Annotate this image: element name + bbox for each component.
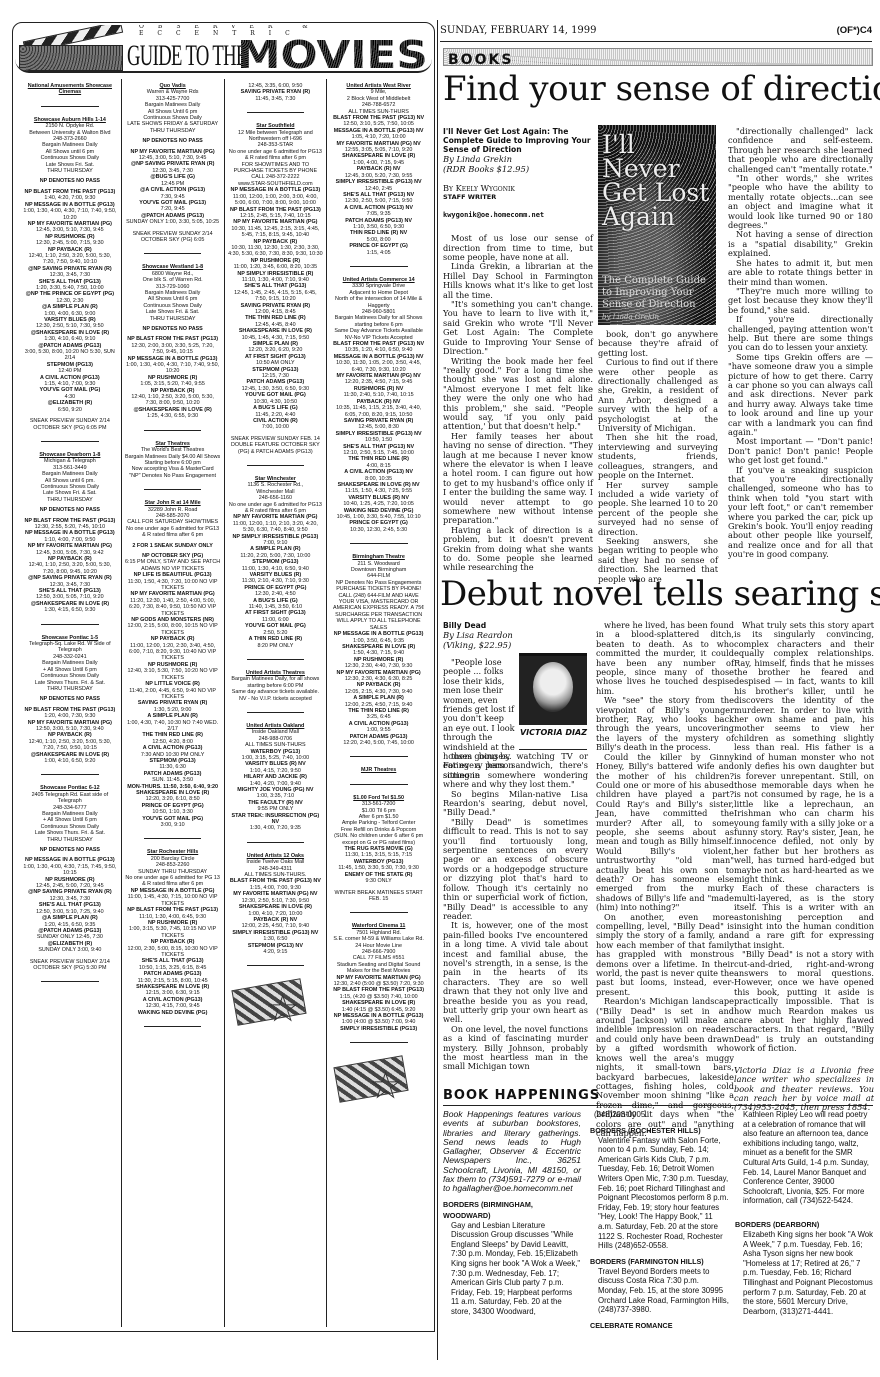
theater-listing: Star Southfield12 Mile between Telegraph… <box>228 123 324 466</box>
article1-body-1: Most of us lose our sense of direction f… <box>443 234 593 573</box>
article2-body-2: where he lived, has been found in a bloo… <box>596 621 734 1138</box>
showtimes: 12:40, 3:10, 5:30, 7:50, 10:20 NO VIP TI… <box>125 668 221 681</box>
article1-headline: Find your sense of direction <box>443 69 880 109</box>
film-title: STAR TREK: INSURRECTION (PG) NV <box>228 813 324 826</box>
book-happenings-heading: BOOK HAPPENINGS <box>443 1088 873 1106</box>
showtimes: 11:30, 2:10, 4:30, 7:10, 9:30 <box>228 578 324 584</box>
celebrate-romance-text: Kathleen Ripley Leo will read poetry at … <box>735 1110 875 1206</box>
listing-divider <box>247 965 304 966</box>
showtimes: 10:40, 1:25, 4:25, 7:20, 10:05 <box>330 501 427 507</box>
page-divider <box>437 20 438 1360</box>
showtimes: 12:00, 2:30, 5:00, 8:15, 10:30 NO VIP TI… <box>125 946 221 959</box>
listing-divider <box>350 266 408 267</box>
showtimes: 12:20, 2:40, 5:00, 7:45, 10:00 <box>330 740 427 746</box>
showtimes: 1:00, 4:30, 7:40, 10:30 NO 7:40 WED. 2/1… <box>125 720 221 733</box>
film-title: MY FAVORITE MARTIAN (PG) NV <box>228 891 324 897</box>
star-icon: ★ <box>268 1006 298 1012</box>
showtimes: 1:15, 4:05 <box>330 250 427 256</box>
paragraph: "Billy Dead" is sometimes difficult to r… <box>443 818 588 921</box>
guide-banner: OBSERVER & ECCENTRIC GUIDE TO THE MOVIES <box>15 25 432 73</box>
guide-column-4: United Artists West River9 Mile,2 Block … <box>327 79 430 1327</box>
showtimes: 11:00, 12:00, 1:00, 2:00, 3:00, 4:00, 5:… <box>228 194 324 207</box>
theater-info: CALL FOR SATURDAY SHOWTIMES <box>125 519 221 525</box>
theater-note: NP DENOTES NO PASS <box>22 178 118 184</box>
paragraph: Linda Grekin, a librarian at the Hillel … <box>443 262 593 300</box>
film-title: NP MY FAVORITE MARTIAN (PG) <box>22 543 118 549</box>
showtimes: 1:00 (4:00 @ $3.50) 7:00, 9:40 <box>330 1019 427 1025</box>
theater-info: No one under age 6 admitted for PG 13 & … <box>125 875 221 888</box>
guide-column-2: Quo VadisWarren & Wayne Rds313-425-7700B… <box>122 79 225 1327</box>
paragraph: "In other words," she writes "people who… <box>728 174 873 230</box>
article2-body-1b: them houses, watching TV or eating a ham… <box>443 752 588 1072</box>
showtimes: 1:00, 1:30, 4:00, 4:30, 7:10, 7:40, 9:50… <box>125 362 221 375</box>
showtimes: 6:50, 9:20 <box>22 407 118 413</box>
theater-listing: Star John R at 14 Mile32289 John R. Road… <box>125 500 221 839</box>
showtimes: 11:00, 12:00, 1:10, 2:10, 3:20, 4:20, 5:… <box>228 521 324 534</box>
caption-rule <box>519 749 587 750</box>
film-title: @NP SAVING PRIVATE RYAN (R) <box>125 161 221 167</box>
listing-divider <box>41 441 98 442</box>
theater-listing: United Artists 12 OaksInside Twelve Oaks… <box>228 853 324 967</box>
showtimes: 10:30, 12:30, 2:45, 5:30 <box>330 527 427 533</box>
showtimes: 10:30, 11:30, 1:05, 2:00, 3:50, 4:45, 6:… <box>330 360 427 373</box>
happenings-phone: (248)203-0005. <box>590 1110 730 1120</box>
page-date: SUNDAY, FEBRUARY 14, 1999 <box>440 25 597 36</box>
theater-listing: Quo VadisWarren & Wayne Rds313-425-7700B… <box>125 83 221 254</box>
event-details: Elizabeth King signs her book "A Wok A W… <box>735 1230 875 1316</box>
theater-info: No one under age 6 admitted for PG13 & R… <box>228 149 324 162</box>
event-details: Gay and Lesbian Literature Discussion Gr… <box>443 1221 581 1317</box>
showtimes: 10:30, 11:45, 12:45, 2:15, 3:15, 4:45, 5… <box>228 226 324 239</box>
listing-divider <box>350 543 408 544</box>
paragraph: Some tips Grekin offers are — "have some… <box>728 353 873 438</box>
page-header: SUNDAY, FEBRUARY 14, 1999 (OF*)C4 <box>440 20 872 42</box>
showtimes: 11:00, 1:20, 3:45, 6:00, 8:20, 10:35 <box>228 264 324 270</box>
theater-info: Late Shows Thurs. Fri. & Sat. <box>22 830 118 836</box>
listing-divider <box>144 253 201 254</box>
theater-info: North of the intersection of 14 Mile & H… <box>330 296 427 309</box>
paragraph: Her survey sample included a wide variet… <box>598 481 718 537</box>
theater-info: THRU THURSDAY <box>22 497 118 503</box>
paragraph: Having a lack of direction is a problem,… <box>443 526 593 573</box>
theater-listing: United Artists West River9 Mile,2 Block … <box>330 83 427 267</box>
film-title: SAVING PRIVATE RYAN (R) <box>125 700 221 706</box>
listing-divider <box>247 112 304 113</box>
theater-listing: United Artists OaklandInside Oakland Mal… <box>228 723 324 843</box>
theater-note: NP DENOTES NO PASS <box>22 507 118 513</box>
clapperboard-icon <box>19 27 127 71</box>
showtimes: 12:40, 1:10, 2:50, 3:20, 5:00, 5:30, 7:2… <box>22 562 118 575</box>
showtimes: 12:00, 2:25, 4:50, 7:10, 9:40 <box>228 923 324 929</box>
film-reel-star-illustration: ★ <box>330 1053 427 1143</box>
showtimes: 12:45, 3:00, 5:10, 7:30, 9:45 <box>22 227 118 233</box>
theater-listing: Star Rochester Hills200 Barclay Circle24… <box>125 849 221 1027</box>
sneak-preview: SNEAK PREVIEW SUNDAY 2/14 OCTOBER SKY (P… <box>22 418 118 431</box>
theater-info: THRU THURSDAY <box>22 168 118 174</box>
article1-body-2: book, don't go anywhere because they're … <box>598 330 718 584</box>
theater-info: Now accepting Visa & MasterCard <box>125 466 221 472</box>
listing-divider <box>247 659 304 660</box>
happenings-column-1: Book Happenings features various events … <box>443 1110 581 1317</box>
film-reel-star-illustration: ★ <box>228 976 324 1066</box>
showtimes: 12:40, 1:10, 2:50, 3:20, 5:00, 5:30, 7:2… <box>22 739 118 752</box>
showtimes: 11:45, 1:50, 3:30, 5:30, 7:30, 9:30 <box>330 865 427 871</box>
paragraph: On one level, the novel functions as a k… <box>443 1025 588 1072</box>
theater-note: NP DENOTES NO PASS <box>125 326 221 332</box>
page-folio: (OF*)C4 <box>837 25 872 36</box>
theater-note: 2 FOR 1 SNEAK SUNDAY ONLY <box>125 543 221 549</box>
byline: By Keely Wygonik <box>443 184 593 193</box>
showtimes: SUNDAY ONLY 3:00, 9:40 <box>22 947 118 953</box>
theater-listing: Showcase Dearborn 1-8Michigan & Telegrap… <box>22 452 118 625</box>
theater-info: Same Day Advance Tickets Available <box>330 328 427 334</box>
theater-info: (SUN. No children under 6 after 6 pm exc… <box>330 833 427 846</box>
event-venue: BORDERS (DEARBORN) <box>735 1219 875 1230</box>
sneak-preview: SNEAK PREVIEW SUNDAY 2/14 OCTOBER SKY (P… <box>125 231 221 244</box>
theater-note: NP DENOTES NO PASS <box>22 847 118 853</box>
film-title: SHE'S ALL THAT (PG13) NV <box>330 444 427 450</box>
showtimes: 10:35, 11:45, 1:15, 2:15, 3:40, 4:40, 6:… <box>330 405 427 418</box>
showtimes: 8:20 PM ONLY <box>228 643 324 649</box>
article1-column-2: book, don't go anywhere because they're … <box>598 330 718 584</box>
paragraph: "They're much more willing to get lost b… <box>728 287 873 315</box>
showtimes: 1:00, 3:15, 5:30, 7:45, 10:15 NO VIP TIC… <box>125 926 221 939</box>
film-title: @NP THE PRINCE OF EGYPT (PG) <box>22 291 118 297</box>
book-title: I'll Never Get Lost Again: The Complete … <box>443 127 593 154</box>
theater-listing: Showcase Auburn Hills 1-142150 N. Opdyke… <box>22 117 118 442</box>
event-venue: CELEBRATE ROMANCE <box>590 1320 730 1331</box>
paragraph: Could the killer by Ginny Honey, Billy's… <box>596 753 734 913</box>
showtimes: 12:30, 2:00, 3:00, 3:30, 5:25, 7:20, 7:5… <box>125 343 221 356</box>
paragraph: book, don't go anywhere because they're … <box>598 330 718 358</box>
film-title: NP LIFE IS BEAUTIFUL (PG13) <box>125 572 221 578</box>
article1-body-3: "directionally challenged" lack confiden… <box>728 127 873 560</box>
paragraph: On another, even more compelling, level,… <box>596 913 734 998</box>
event-list-3: BORDERS (DEARBORN)Elizabeth King signs h… <box>735 1219 875 1316</box>
theater-note: NP DENOTES NO PASS <box>22 696 118 702</box>
listing-divider <box>350 1042 408 1043</box>
sneak-preview: SNEAK PREVIEW SUNDAY 2/14 OCTOBER SKY (P… <box>22 959 118 972</box>
showtimes: 11:00, 12:00, 1:20, 2:30, 3:40, 4:50, 6:… <box>125 643 221 662</box>
theater-info: 2405 Telegraph Rd. East side of Telegrap… <box>22 792 118 805</box>
event-venue: BORDERS (ROCHESTER HILLS) <box>590 1125 730 1136</box>
film-title: NP MY FAVORITE MARTIAN (PG) <box>330 670 427 676</box>
theater-listing: National Amusements Showcase Cinemas <box>22 83 118 107</box>
theater-info: LATE SHOWS FRIDAY & SATURDAY <box>125 121 221 127</box>
happenings-intro: Book Happenings features various events … <box>443 1110 581 1194</box>
listing-divider <box>144 430 201 431</box>
article2-headline: Debut novel tells searing story <box>440 574 880 614</box>
showtimes: 12:30, 2:45, 5:00, 7:15, 9:30 <box>22 240 118 246</box>
film-title: NP MESSAGE IN A BOTTLE (PG13) <box>22 857 118 863</box>
theater-info: Bargain Matinees Daily for all Shows sta… <box>330 315 427 328</box>
film-title: NP MY FAVORITE MARTIAN (PG) <box>228 219 324 225</box>
showtimes: 1:00, 1:30, 4:00, 4:30, 7:15, 7:45, 9:50… <box>22 864 118 877</box>
showtimes: 12:40, 1:10, 2:50, 3:20, 5:00, 5:30, 7:2… <box>22 253 118 266</box>
showtimes: 11:20, 12:30, 1:40, 2:50, 4:00, 5:00, 6:… <box>125 598 221 617</box>
theater-info: NV - No V.I.P. tickets accepted <box>228 696 324 702</box>
theater-listing: $1.00 Ford Tel $1.50313-561-7200$1.00 Ti… <box>330 795 427 914</box>
listing-divider <box>350 756 408 757</box>
showtimes: 12:00, 2:15, 5:00, 8:00, 10:15 NO VIP TI… <box>125 623 221 636</box>
byline-role: Staff Writer <box>443 193 593 202</box>
photo-caption: VICTORIA DIAZ <box>519 728 587 737</box>
listing-divider <box>41 774 98 775</box>
event-details: Travel Beyond Borders meets to discuss C… <box>590 1267 730 1315</box>
showtimes: 11:10, 1:30, 4:00, 6:45, 9:30 <box>125 914 221 920</box>
paragraph: So begins Milan-native Lisa Reardon's se… <box>443 790 588 818</box>
paragraph: Most important — "Don't panic! Don't pan… <box>728 437 873 465</box>
sneak-preview: WINTER BREAK MATINEES START FEB. 15 <box>330 890 427 903</box>
article2-column-2: where he lived, has been found in a bloo… <box>596 621 734 1138</box>
listing-divider <box>41 981 98 982</box>
theater-listing: Star Winchester1136 S. Rochester Rd.,Win… <box>228 476 324 660</box>
film-title: NP MY FAVORITE MARTIAN (PG) <box>22 720 118 726</box>
paragraph: "Billy Dead" is not a story with cut-and… <box>734 950 874 1053</box>
listing-divider <box>350 912 408 913</box>
book-author: By Linda Grekin <box>443 154 593 164</box>
film-title: NP BLAST FROM THE PAST (PG13) <box>125 907 221 913</box>
film-title: NP MESSAGE IN A BOTTLE (PG13) <box>228 187 324 193</box>
showtimes: 11:30, 2:40, 5:10, 7:40, 10:15 <box>330 392 427 398</box>
paragraph: She hates to admit it, but men are able … <box>728 259 873 287</box>
film-title: NP MY FAVORITE MARTIAN (PG) <box>228 514 324 520</box>
paragraph: We "see" the story from the viewpoint of… <box>596 696 734 752</box>
theater-info: S.E. corner M-59 & Williams Lake Rd. <box>330 936 427 942</box>
theater-listing: Showcase Pontiac 1-5Telegraph-Sq. Lake R… <box>22 635 118 776</box>
theater-info: PURCHASE TICKETS BY PHONE! CALL (248) 64… <box>330 586 427 631</box>
listing-divider <box>144 838 201 839</box>
film-title: SHAKESPEARE IN LOVE (R) <box>330 153 427 159</box>
author-photo <box>519 653 587 725</box>
listing-divider <box>247 842 304 843</box>
film-title: NP MESSAGE IN A BOTTLE (PG13) <box>22 530 118 536</box>
theater-name: National Amusements Showcase Cinemas <box>22 83 118 96</box>
theater-listing: United Artists TheatresBargain Matinees … <box>228 670 324 713</box>
showtimes: 1:00, 4:10, 6:50, 9:20 <box>22 758 118 764</box>
showtimes: 3:00, 9:10 <box>125 822 221 828</box>
paragraph: Writing the book made her feel "really g… <box>443 357 593 432</box>
section-flag: BOOKS <box>443 48 873 66</box>
paragraph: If you've a sneaking suspicion that you'… <box>728 466 873 560</box>
showtimes: 1:25, 4:30, 6:55, 9:30 <box>125 413 221 419</box>
article2-column-3: What truly sets this story apart is its … <box>734 621 874 1113</box>
guide-column-3: 12:45, 3:35, 6:00, 9:50SAVING PRIVATE RY… <box>225 79 328 1327</box>
film-title: SAVING PRIVATE RYAN (R) <box>228 89 324 95</box>
cover-title: I'll Never Get Lost Again <box>602 133 716 229</box>
paragraph: them houses, watching TV or eating a ham… <box>443 752 588 790</box>
showtimes: 11:40, 2:00, 4:45, 6:50, 9:40 NO VIP TIC… <box>125 688 221 701</box>
film-title: NP BLAST FROM THE PAST (PG13) <box>330 987 427 993</box>
film-title: BLAST FROM THE PAST (PG13) NV <box>228 878 324 884</box>
event-details: Valentine Fantasy with Salon Forte, noon… <box>590 1136 730 1251</box>
theater-info: THRU THURSDAY <box>125 128 221 134</box>
book-publisher: (RDR Books $12.95) <box>443 164 593 174</box>
movie-guide: OBSERVER & ECCENTRIC GUIDE TO THE MOVIES… <box>12 22 435 1332</box>
book-cover-image: I'll Never Get Lost Again The Complete G… <box>598 125 716 325</box>
article1-column-1: I'll Never Get Lost Again: The Complete … <box>443 127 593 573</box>
article2-column-1b: them houses, watching TV or eating a ham… <box>443 752 588 1072</box>
book-title: Billy Dead <box>443 621 588 630</box>
showtimes: 10:30, 11:30, 12:30, 1:30, 2:30, 3:30, 4… <box>228 245 324 258</box>
theater-name: MJR Theatres <box>330 767 427 773</box>
guide-column-1: National Amusements Showcase CinemasShow… <box>19 79 122 1327</box>
event-list-2: BORDERS (ROCHESTER HILLS)Valentine Fanta… <box>590 1125 730 1331</box>
showtimes: 11:30, 1:50, 4:30, 7:20, 10:00 NO VIP TI… <box>125 579 221 592</box>
showtimes: 11:00, 1:45, 4:30, 7:15, 10:00 NO VIP TI… <box>125 894 221 907</box>
theater-info: 12 Mile between Telegraph and Northweste… <box>228 130 324 143</box>
theater-info: THRU THURSDAY <box>125 316 221 322</box>
film-title: NP BLAST FROM THE PAST (PG13) <box>228 207 324 213</box>
paragraph: "It's something you can't change. You ha… <box>443 300 593 356</box>
paragraph: Most of us lose our sense of direction f… <box>443 234 593 262</box>
showtimes: 11:45, 3:45, 7:30 <box>228 96 324 102</box>
listing-divider <box>144 489 201 490</box>
section-name: BOOKS <box>448 52 513 68</box>
book-author: By Lisa Reardon <box>443 630 588 640</box>
theater-listing: Birmingham Theatre211 S. WoodwardDowntow… <box>330 554 427 757</box>
sneak-preview: SNEAK PREVIEW SUNDAY FEB. 14 DOUBLE FEAT… <box>228 436 324 455</box>
showtimes: 12:40, 1:10, 2:50, 3:20, 5:00, 5:30, 7:3… <box>125 394 221 407</box>
happenings-column-2: (248)203-0005. BORDERS (ROCHESTER HILLS)… <box>590 1110 730 1331</box>
paragraph: Curious to find out if there were other … <box>598 358 718 433</box>
event-list-1: BORDERS (BIRMINGHAM, WOODWARD)Gay and Le… <box>443 1199 581 1317</box>
film-title: SHAKESPEARE IN LOVE (R) <box>228 328 324 334</box>
theater-listing: Showcase Pontiac 6-122405 Telegraph Rd. … <box>22 785 118 982</box>
film-title: NP MY FAVORITE MARTIAN (PG) <box>125 591 221 597</box>
showtimes: 7:00, 10:00 <box>228 424 324 430</box>
paragraph: If you're directionally challenged, payi… <box>728 315 873 353</box>
guide-title-main: MOVIES <box>237 39 428 71</box>
theater-note: NP DENOTES NO PASS <box>125 138 221 144</box>
paragraph: It is, however, one of the most pain-fil… <box>443 921 588 1024</box>
paragraph: Her family teases her about having no se… <box>443 432 593 526</box>
article1-column-3: "directionally challenged" lack confiden… <box>728 127 873 560</box>
theater-info: Late Shows Thurs. Fri. & Sat. <box>22 680 118 686</box>
theater-listing: 12:45, 3:35, 6:00, 9:50SAVING PRIVATE RY… <box>228 83 324 113</box>
paragraph: Each of these characters is multi-layere… <box>734 884 874 950</box>
showtimes: 12:45, 1:45, 2:45, 4:15, 5:15, 6:45, 7:5… <box>228 290 324 303</box>
showtimes: 4:20, 9:15 <box>228 949 324 955</box>
film-title: SIMPLY IRRESISTIBLE (PG13) <box>330 1026 427 1032</box>
guide-columns: National Amusements Showcase CinemasShow… <box>19 79 430 1327</box>
theater-listing: Showcase Westland 1-86800 Wayne Rd.,One … <box>125 264 221 430</box>
film-title: SHAKESPEARE IN LOVE (R) <box>228 904 324 910</box>
cover-author: by Linda Grekin <box>602 313 659 321</box>
cover-subtitle: The Complete Guide to Improving Your Sen… <box>602 275 716 311</box>
theater-listing: MJR Theatres <box>330 767 427 784</box>
theater-listing: Star TheatresThe World's Best TheatresBa… <box>125 441 221 490</box>
paragraph: where he lived, has been found in a bloo… <box>596 621 734 696</box>
listing-divider <box>41 106 98 107</box>
film-title: NP BLAST FROM THE PAST (PG13) <box>125 336 221 342</box>
happenings-column-3: Kathleen Ripley Leo will read poetry at … <box>735 1110 875 1316</box>
paragraph: Then she hit the road, interviewing and … <box>598 433 718 480</box>
theater-listing: United Artists Commerce 143330 Springval… <box>330 277 427 544</box>
film-title: @NP SAVING PRIVATE RYAN (R) <box>22 575 118 581</box>
listing-divider <box>350 784 408 785</box>
film-title: SIMPLY IRRESISTIBLE (PG13) NV <box>330 179 427 185</box>
book-publisher: (Viking, $22.95) <box>443 640 588 650</box>
showtimes: 1:30, 4:00, 7:20, 9:35 <box>228 825 324 831</box>
paragraph: What truly sets this story apart is its … <box>734 621 874 884</box>
event-venue: BORDERS (FARMINGTON HILLS) <box>590 1256 730 1267</box>
theater-info: "NP" Denotes No Pass Engagement <box>125 473 221 479</box>
showtimes: 3:00, 5:30, 8:00, 10:20 NO 5:30, SUN 2/1… <box>22 349 118 362</box>
listing-divider <box>41 624 98 625</box>
showtimes: 1:30, 4:15, 6:50, 9:30 <box>22 607 118 613</box>
theater-info: Bargain Matinees Daily, for all shows st… <box>228 676 324 689</box>
theater-info: THRU THURSDAY <box>22 837 118 843</box>
guide-title-prefix: GUIDE TO THE <box>127 41 195 71</box>
showtimes: 1:00, 1:30, 4:00, 4:30, 7:10, 7:40, 9:50… <box>22 208 118 221</box>
listing-divider <box>247 712 304 713</box>
film-title: SHAKESPEARE IN LOVE (R) <box>330 1000 427 1006</box>
theater-info: Ample Parking - Telford Center <box>330 820 427 826</box>
article2-body-3: What truly sets this story apart is its … <box>734 621 874 1054</box>
theater-listing: Waterford Cinema 117501 Highland Rd.S.E.… <box>330 923 427 1043</box>
theater-info: Bargain Matinees Daily $4.00 All Shows S… <box>125 454 221 467</box>
event-venue: BORDERS (BIRMINGHAM, WOODWARD) <box>443 1199 581 1221</box>
theater-info: No one under age 6 admitted for PG13 & R… <box>228 502 324 515</box>
theater-info: No one under age 6 admitted for PG13 & R… <box>125 526 221 539</box>
showtimes: SUNDAY ONLY 1:00, 3:30, 5:05, 10:25 <box>125 219 221 225</box>
showtimes: 6:15 PM ONLY, STAY AND SEE PATCH ADAMS N… <box>125 559 221 572</box>
theater-info: Same day advance tickets available. <box>228 689 324 695</box>
paragraph: Not having a sense of direction is a "sp… <box>728 230 873 258</box>
showtimes: 12:30, 2:50, 5:10, 7:30, 9:50 <box>22 323 118 329</box>
film-title: A CIVIL ACTION (PG13) NV <box>330 469 427 475</box>
theater-info: FOR SHOWTIMES AND TO PURCHASE TICKETS BY… <box>228 162 324 175</box>
listing-divider <box>144 1026 201 1027</box>
paragraph: "directionally challenged" lack confiden… <box>728 127 873 174</box>
showtimes: 9:30 ONLY <box>330 878 427 884</box>
showtimes: 12:50, 3:10, 5:25, 7:50, 10:05 <box>330 121 427 127</box>
film-title: @NP SAVING PRIVATE RYAN (R) <box>22 889 118 895</box>
author-email[interactable]: kwygonik@oe.homecomm.net <box>443 211 593 220</box>
article2-column-1: Billy Dead By Lisa Reardon (Viking, $22.… <box>443 621 588 650</box>
film-title: WAKING NED DEVINE (PG) <box>125 1010 221 1016</box>
star-icon: ★ <box>370 1083 400 1089</box>
theater-info: Telegraph-Sq. Lake Rd. W Side of Telegra… <box>22 641 118 654</box>
showtimes: 12:50, 3:00, 5:05, 7:10, 9:20 <box>22 594 118 600</box>
film-title: NP MESSAGE IN A BOTTLE (PG13) <box>330 631 427 637</box>
theater-info: THRU THURSDAY <box>22 686 118 692</box>
listing-divider <box>247 465 304 466</box>
